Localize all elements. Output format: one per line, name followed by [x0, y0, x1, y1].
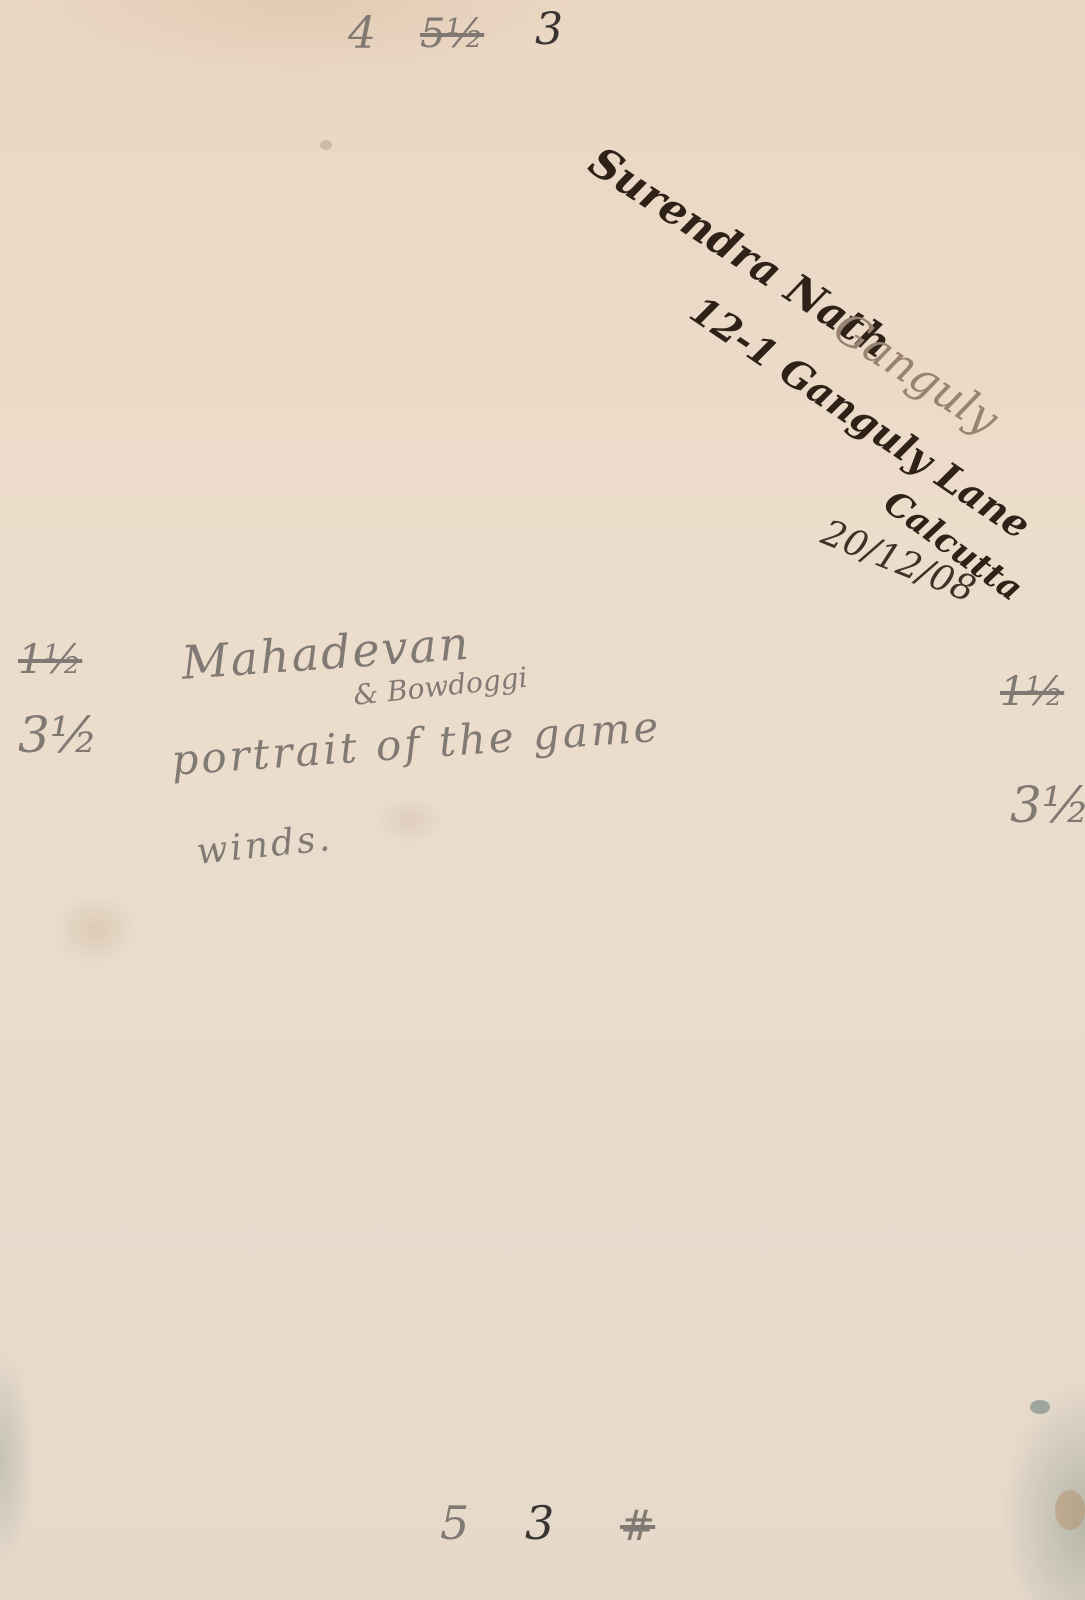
bottom-number-overwritten: 3	[525, 1500, 554, 1546]
top-number-current: 4	[348, 12, 376, 56]
right-margin-current: 3½	[1010, 780, 1085, 830]
document-sheet: 4 5½ 3 Surendra Nath Ganguly 12-1 Gangul…	[0, 0, 1085, 1600]
top-number-struck: 5½	[420, 14, 484, 54]
stain-mark	[1055, 1490, 1085, 1530]
right-margin-struck: 1½	[1000, 672, 1064, 712]
bottom-number-current: 5	[440, 1500, 469, 1546]
bottom-number-struck: #	[620, 1505, 655, 1547]
note-line-2: portrait of the game	[170, 706, 663, 782]
note-line-3: winds.	[195, 821, 334, 871]
left-margin-struck: 1½	[18, 640, 82, 680]
left-margin-current: 3½	[18, 710, 98, 760]
stain-mark	[1030, 1400, 1050, 1414]
stain-mark	[320, 140, 332, 150]
top-number-overwritten: 3	[535, 8, 563, 52]
